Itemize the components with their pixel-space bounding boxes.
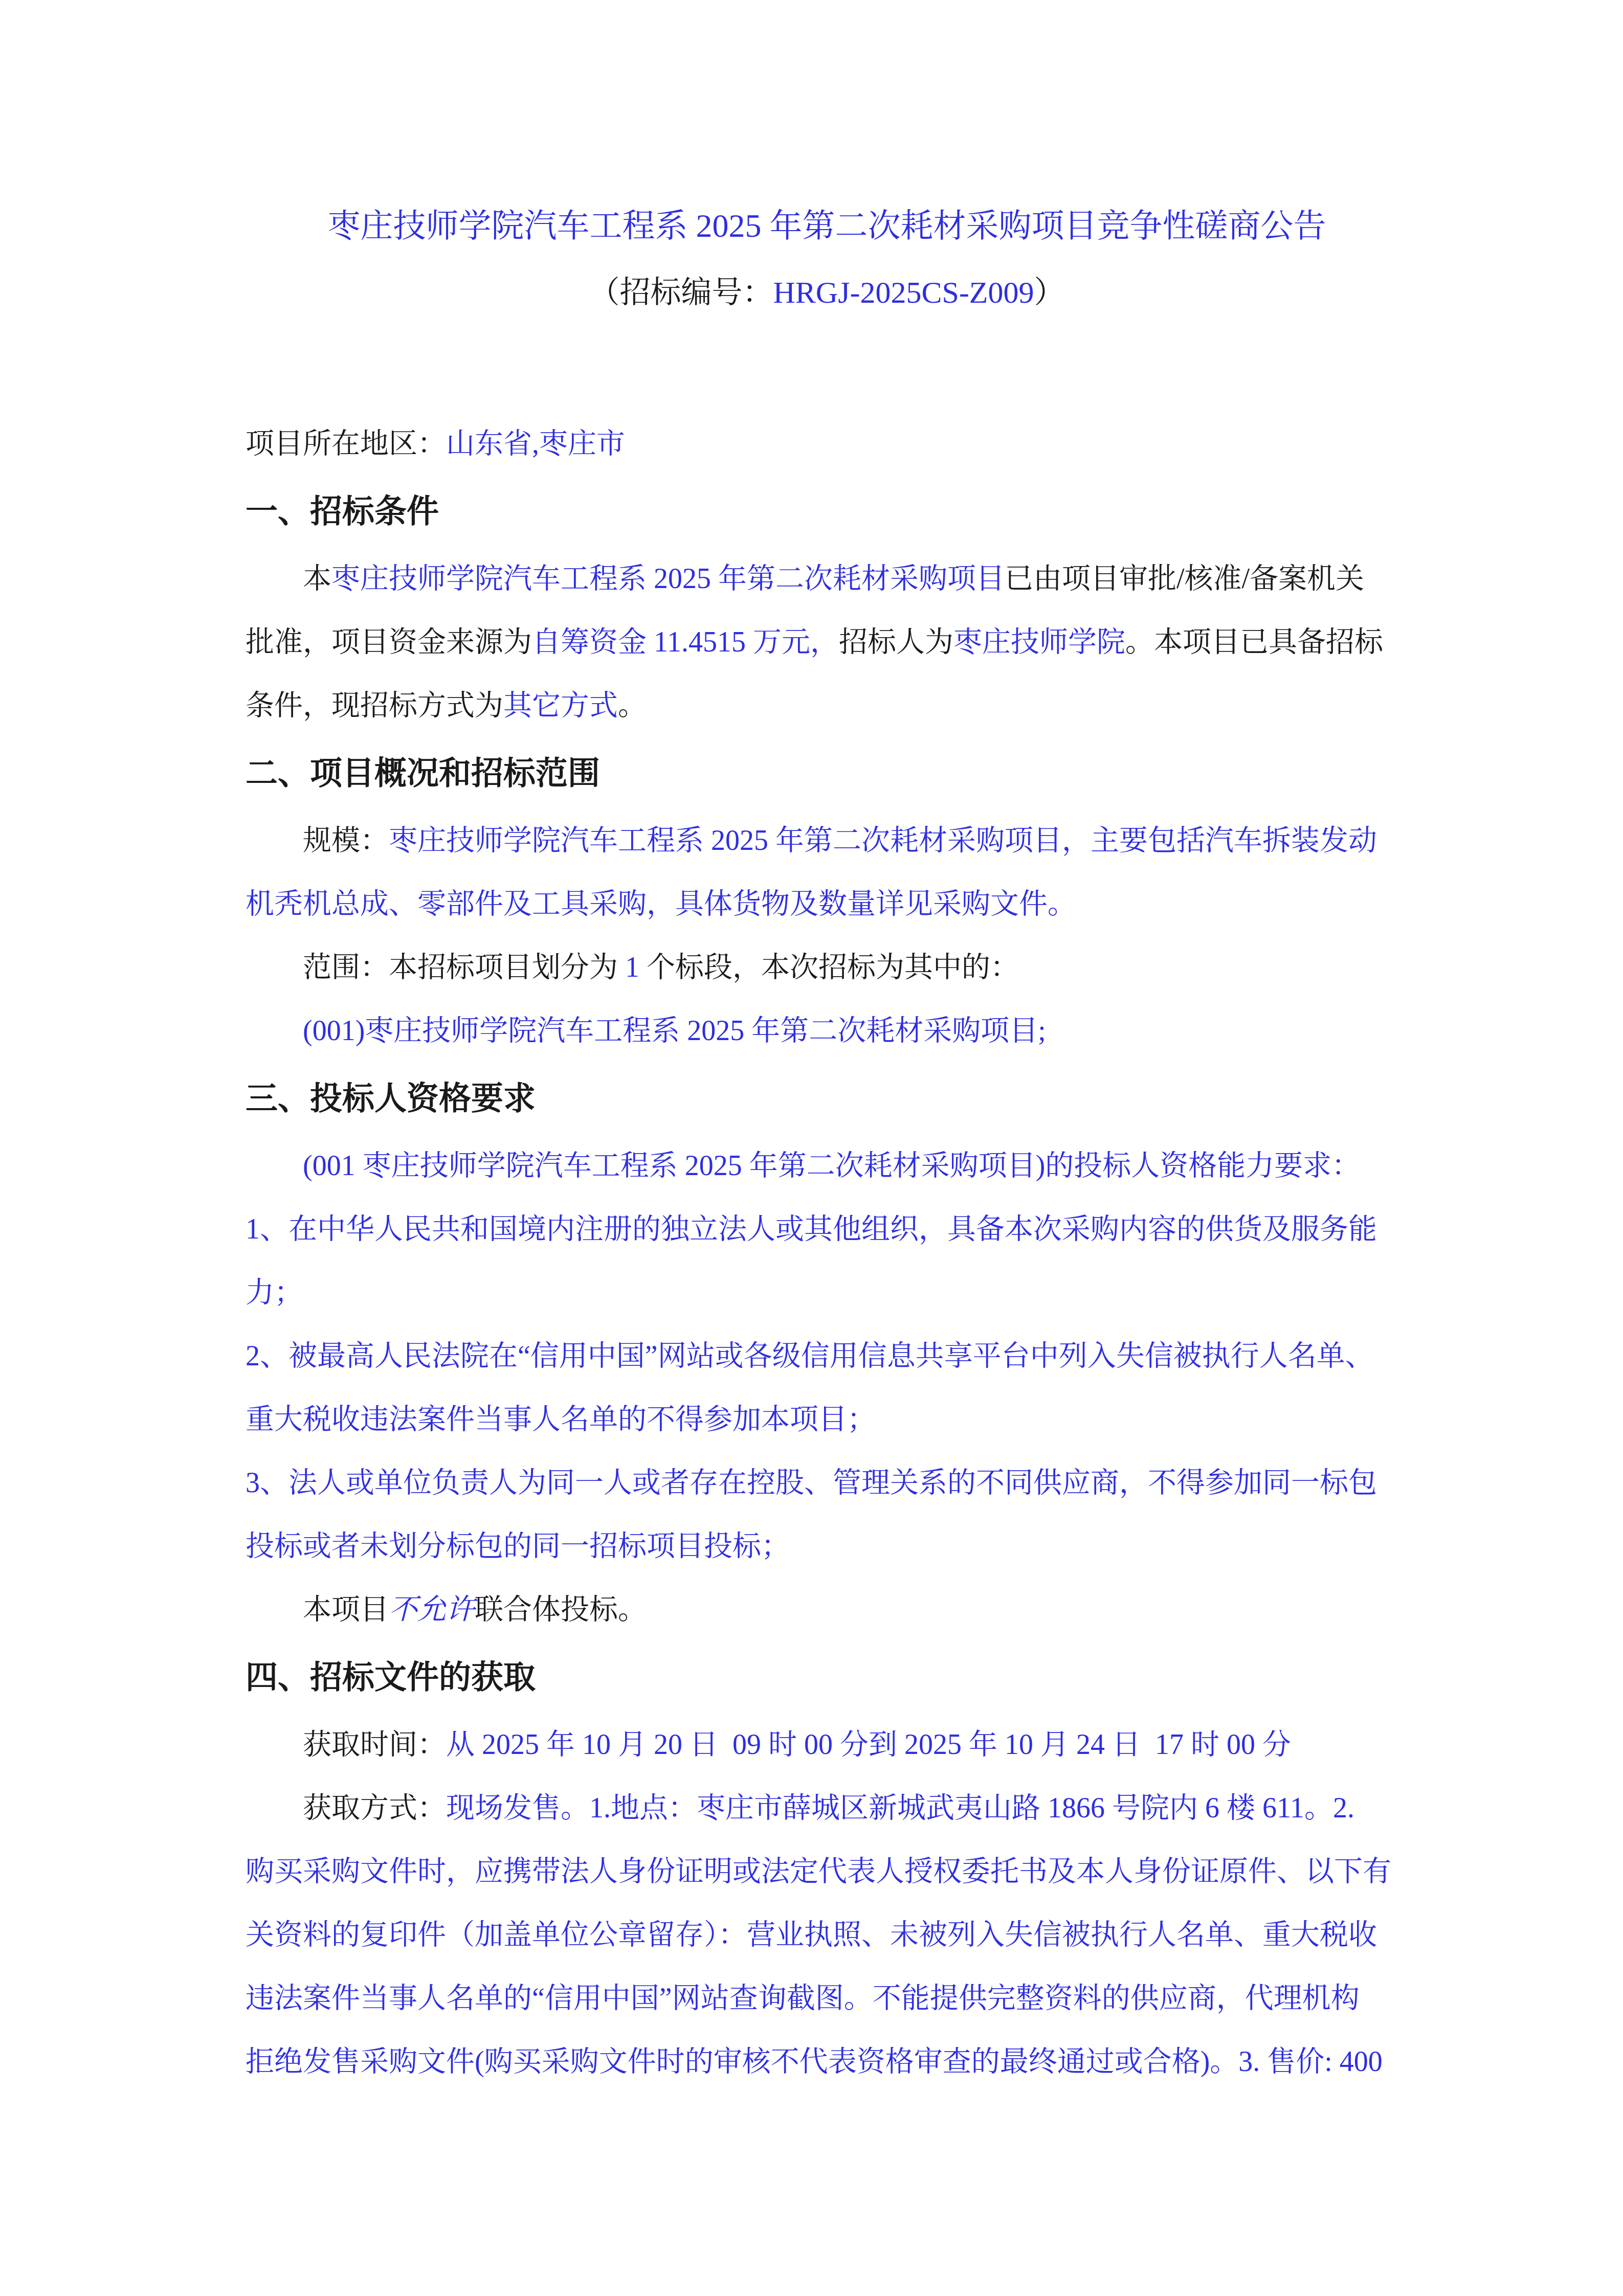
text-run: 2、被最高人民法院在“信用中国”网站或各级信用信息共享平台中列入失信被执行人名单… (246, 1340, 1374, 1435)
qualification-intro-line: (001 枣庄技师学院汽车工程系 2025 年第二次耗材采购项目)的投标人资格能… (246, 1134, 1408, 1198)
text-run: (001 枣庄技师学院汽车工程系 2025 年第二次耗材采购项目)的投标人资格能… (303, 1150, 1360, 1182)
acquisition-method-paragraph: 获取方式：现场发售。1.地点：枣庄市薛城区新城武夷山路 1866 号院内 6 楼… (246, 1776, 1408, 2094)
document-body: 项目所在地区：山东省,枣庄市 一、招标条件 本枣庄技师学院汽车工程系 2025 … (246, 412, 1408, 2094)
acquisition-time-line: 获取时间：从 2025 年 10 月 20 日 09 时 00 分到 2025 … (246, 1713, 1408, 1776)
text-run: 枣庄技师学院汽车工程系 2025 年第二次耗材采购项目竞争性磋商公告 (328, 208, 1326, 244)
text-run: 本项目 (303, 1594, 389, 1626)
text-run: 规模： (303, 825, 389, 857)
text-run: 枣庄技师学院汽车工程系 2025 年第二次耗材采购项目，主要包括汽车拆装发动 机… (246, 825, 1377, 920)
announcement-document: 枣庄技师学院汽车工程系 2025 年第二次耗材采购项目竞争性磋商公告 （招标编号… (0, 0, 1623, 2296)
tender-conditions-paragraph: 本枣庄技师学院汽车工程系 2025 年第二次耗材采购项目已由项目审批/核准/备案… (246, 547, 1408, 737)
section-heading-document-acquisition: 四、招标文件的获取 (246, 1641, 1408, 1713)
text-run: 山东省,枣庄市 (446, 428, 625, 460)
text-run: （招标编号： (589, 276, 773, 309)
text-run: 招标人为 (839, 626, 953, 658)
consortium-bid-line: 本项目不允许联合体投标。 (246, 1578, 1408, 1641)
section-heading-project-overview: 二、项目概况和招标范围 (246, 737, 1408, 809)
text-run: 从 2025 年 10 月 20 日 09 时 00 分到 2025 年 10 … (446, 1729, 1291, 1761)
announcement-title: 枣庄技师学院汽车工程系 2025 年第二次耗材采购项目竞争性磋商公告 (246, 202, 1408, 250)
text-run: 不允许 (389, 1594, 475, 1626)
text-run: 枣庄技师学院汽车工程系 2025 年第二次耗材采购项目 (331, 563, 1005, 595)
text-run: 枣庄技师学院 (953, 626, 1125, 658)
section-heading-tender-conditions: 一、招标条件 (246, 476, 1408, 547)
project-region-line: 项目所在地区：山东省,枣庄市 (246, 412, 1408, 476)
text-run: 联合体投标。 (475, 1594, 647, 1626)
text-run: 范围：本招标项目划分为 (303, 952, 625, 983)
project-scale-paragraph: 规模：枣庄技师学院汽车工程系 2025 年第二次耗材采购项目，主要包括汽车拆装发… (246, 809, 1408, 936)
text-run: 项目所在地区： (246, 428, 446, 460)
text-run: 1 (625, 952, 639, 983)
project-scope-paragraph: 范围：本招标项目划分为 1 个标段，本次招标为其中的： (246, 936, 1408, 999)
text-run: 自筹资金 11.4515 万元， (532, 626, 839, 658)
text-run: 现场发售。1.地点：枣庄市薛城区新城武夷山路 1866 号院内 6 楼 611。… (246, 1792, 1391, 2078)
text-run: 本 (303, 563, 331, 595)
text-run: 1、在中华人民共和国境内注册的独立法人或其他组织，具备本次采购内容的供货及服务能… (246, 1213, 1377, 1309)
text-run: 个标段，本次招标为其中的： (639, 952, 1019, 983)
text-run: 获取时间： (303, 1729, 446, 1761)
text-run: (001)枣庄技师学院汽车工程系 2025 年第二次耗材采购项目; (303, 1015, 1046, 1047)
text-run: 获取方式： (303, 1792, 446, 1824)
text-run: 其它方式 (503, 690, 618, 722)
text-run: HRGJ-2025CS-Z009 (773, 276, 1034, 309)
text-run: 3、法人或单位负责人为同一人或者存在控股、管理关系的不同供应商，不得参加同一标包… (246, 1467, 1377, 1562)
section-heading-bidder-qualifications: 三、投标人资格要求 (246, 1063, 1408, 1134)
tender-number-line: （招标编号：HRGJ-2025CS-Z009） (246, 270, 1408, 315)
text-run: ） (1034, 276, 1065, 309)
qualification-item-1: 1、在中华人民共和国境内注册的独立法人或其他组织，具备本次采购内容的供货及服务能… (246, 1198, 1408, 1324)
qualification-item-2: 2、被最高人民法院在“信用中国”网站或各级信用信息共享平台中列入失信被执行人名单… (246, 1324, 1408, 1451)
qualification-item-3: 3、法人或单位负责人为同一人或者存在控股、管理关系的不同供应商，不得参加同一标包… (246, 1451, 1408, 1578)
lot-001-line: (001)枣庄技师学院汽车工程系 2025 年第二次耗材采购项目; (246, 999, 1408, 1063)
text-run: 。 (618, 690, 647, 722)
